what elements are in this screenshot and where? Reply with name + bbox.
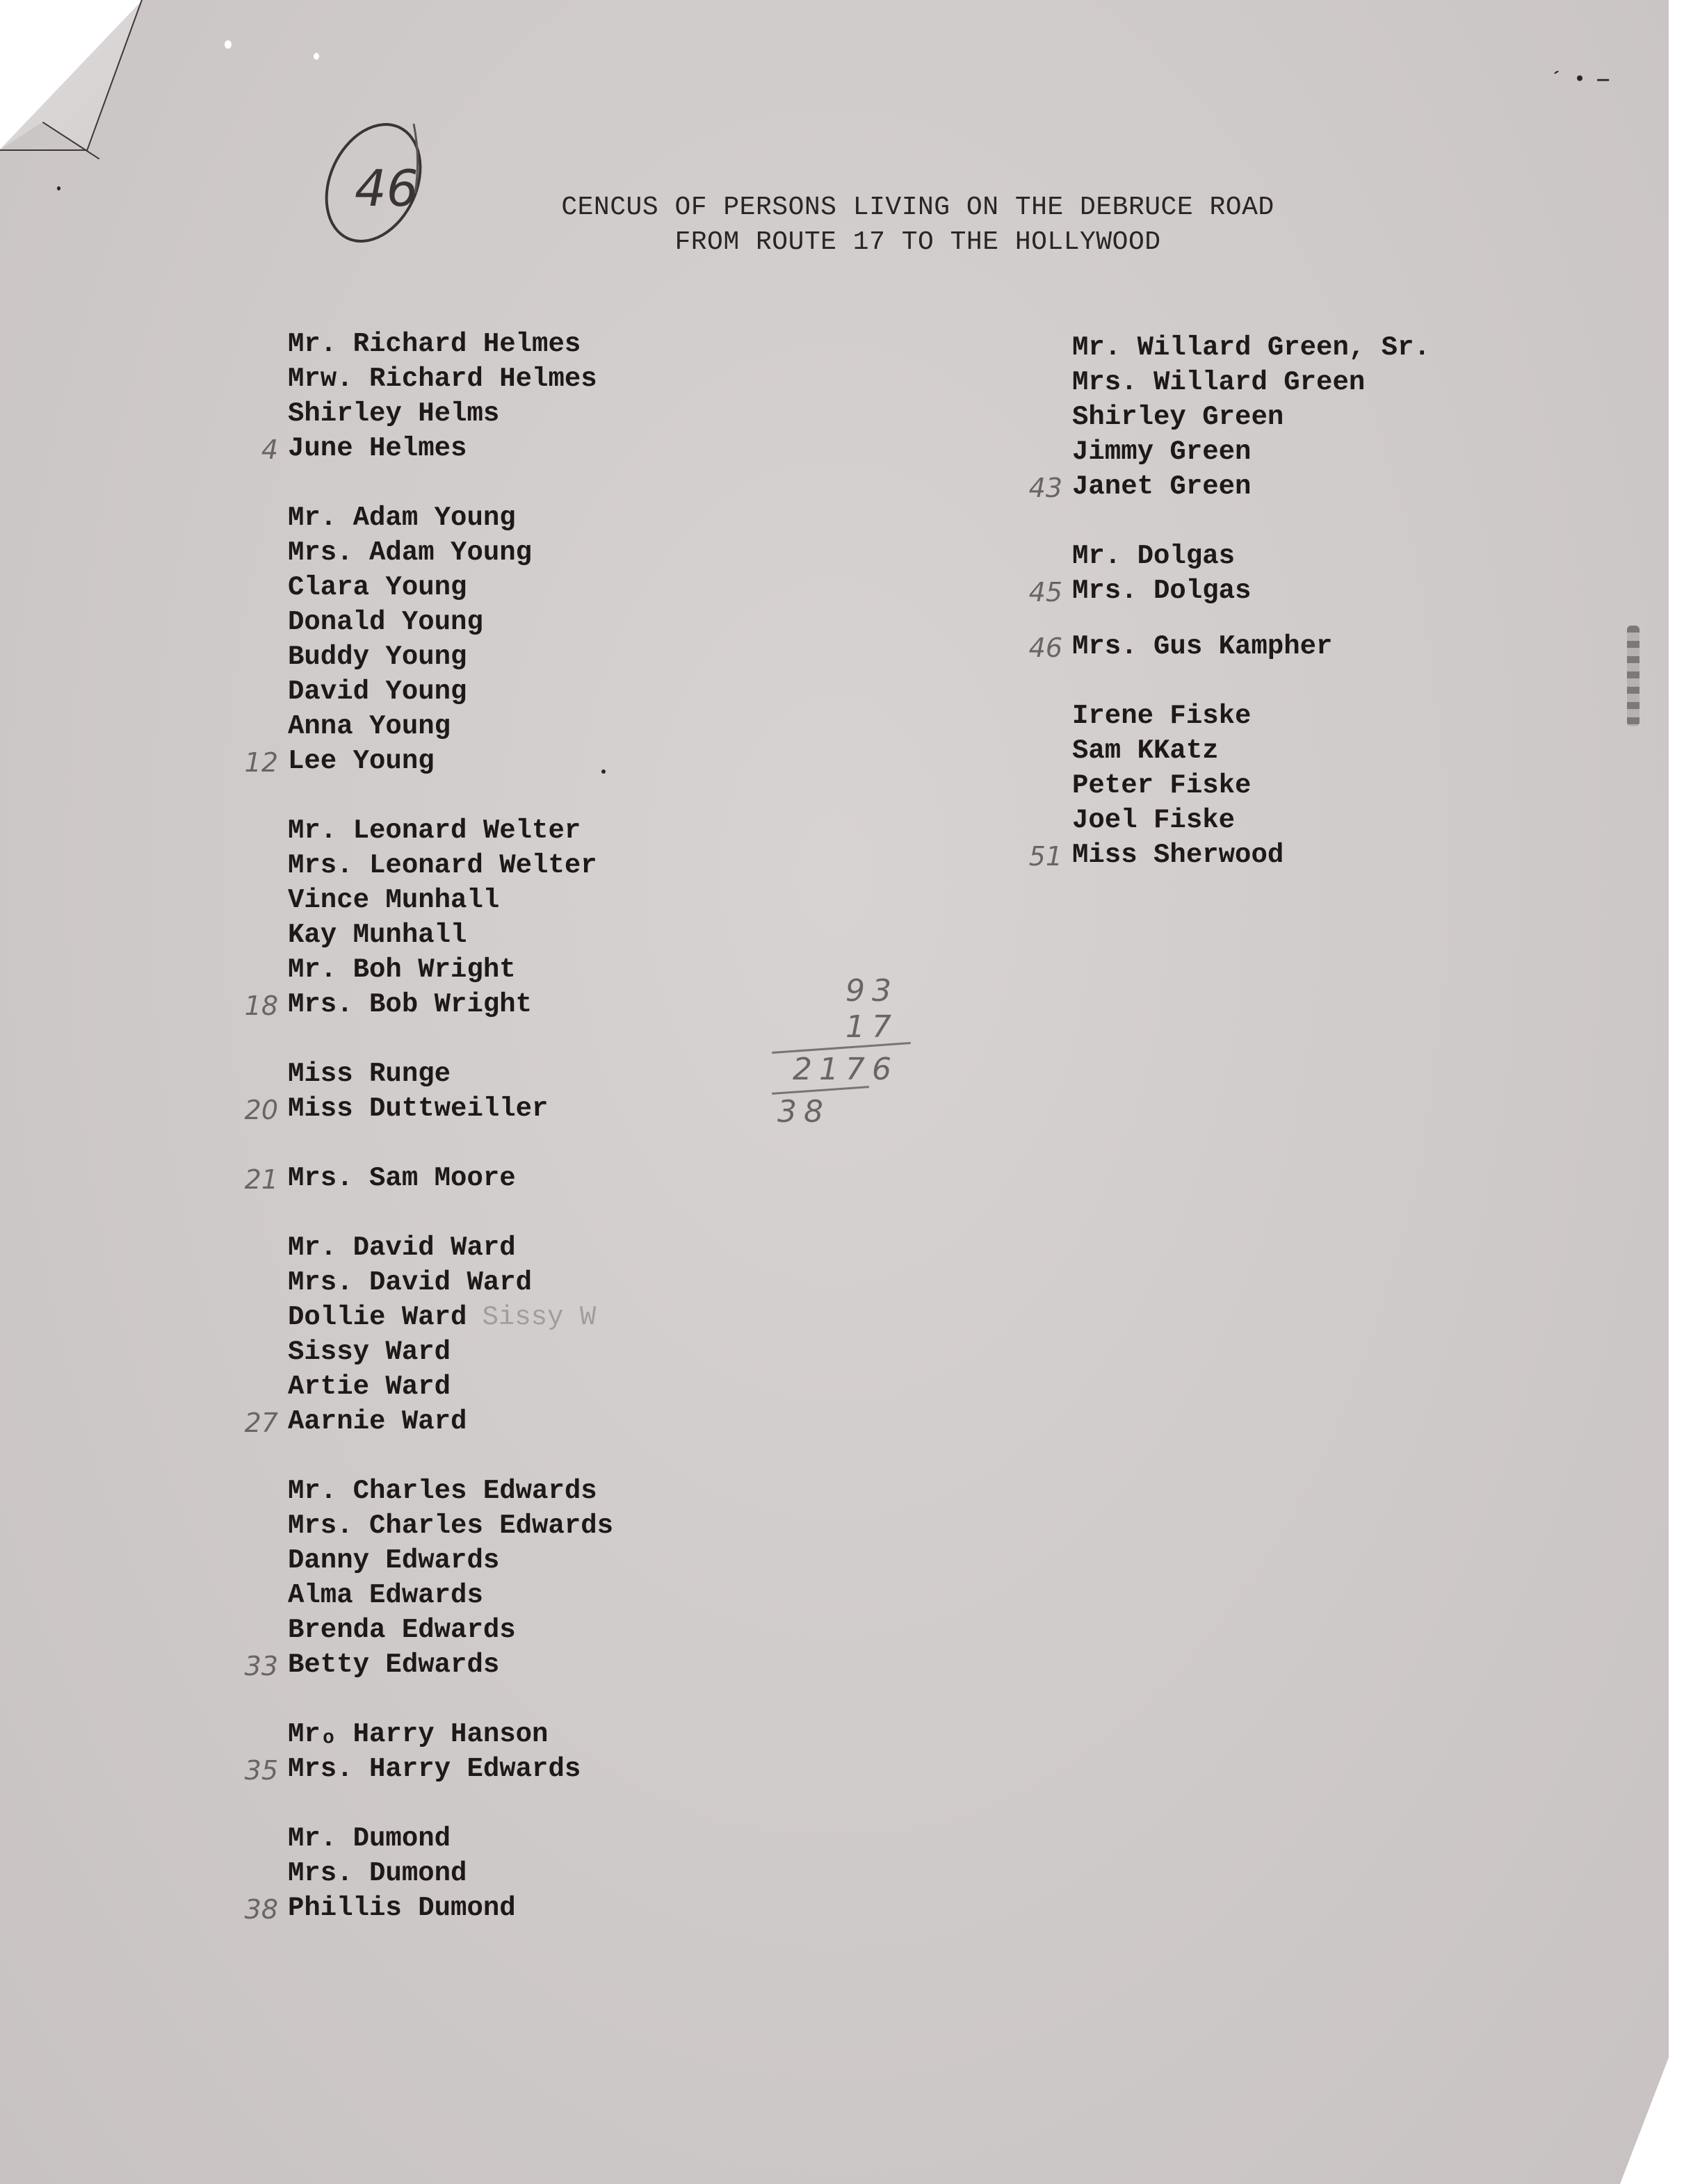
pencil-tally: 46 xyxy=(1029,630,1062,665)
household-group: Mr. David WardMrs. David WardDollie Ward… xyxy=(288,1230,613,1439)
faint-overtyped-text: Sissy W xyxy=(482,1302,596,1333)
resident-name-text: Mrw. Richard Helmes xyxy=(288,364,597,394)
resident-name: Alma Edwards xyxy=(288,1578,613,1613)
household-group: Mr. DumondMrs. DumondPhillis Dumond38 xyxy=(288,1821,613,1925)
resident-name: Mr. Charles Edwards xyxy=(288,1474,613,1508)
resident-name: Lee Young12 xyxy=(288,744,613,779)
resident-name: June Helmes4 xyxy=(288,431,613,466)
resident-name: Mr. Boh Wright xyxy=(288,952,613,987)
resident-name-text: Mrₒ Harry Hanson xyxy=(288,1719,548,1750)
resident-name-text: Buddy Young xyxy=(288,642,467,672)
household-group: Mrₒ Harry HansonMrs. Harry Edwards35 xyxy=(288,1717,613,1786)
household-group: Irene FiskeSam KKatzPeter FiskeJoel Fisk… xyxy=(1072,699,1430,872)
resident-name: Buddy Young xyxy=(288,639,613,674)
resident-name: Brenda Edwards xyxy=(288,1613,613,1647)
calc-line-2: 17 xyxy=(772,1009,911,1045)
page-number-circled: 46 xyxy=(316,117,442,249)
household-group: Mr. Richard HelmesMrw. Richard HelmesShi… xyxy=(288,327,613,466)
resident-name: Janet Green43 xyxy=(1072,469,1430,504)
resident-name-text: Clara Young xyxy=(288,572,467,603)
household-group: Mr. DolgasMrs. Dolgas45 xyxy=(1072,539,1430,608)
resident-name-text: Vince Munhall xyxy=(288,885,499,915)
resident-name-text: Mrs. Adam Young xyxy=(288,537,532,568)
pencil-tally: 21 xyxy=(245,1162,278,1197)
resident-name: Sissy Ward xyxy=(288,1335,613,1369)
resident-name: Danny Edwards xyxy=(288,1543,613,1578)
resident-name-text: Anna Young xyxy=(288,711,451,742)
resident-name-text: Mrs. David Ward xyxy=(288,1267,532,1298)
pencil-tally: 51 xyxy=(1029,839,1062,874)
title-line-2: FROM ROUTE 17 TO THE HOLLYWOOD xyxy=(528,225,1307,260)
resident-name-text: Miss Sherwood xyxy=(1072,840,1284,870)
resident-name: Mr. David Ward xyxy=(288,1230,613,1265)
resident-name-text: Betty Edwards xyxy=(288,1649,499,1680)
document-title: CENCUS OF PERSONS LIVING ON THE DEBRUCE … xyxy=(528,190,1307,260)
resident-name: Mrs. Gus Kampher46 xyxy=(1072,629,1430,664)
resident-name: Sam KKatz xyxy=(1072,733,1430,768)
resident-name-text: Jimmy Green xyxy=(1072,437,1251,467)
resident-name-text: Sissy Ward xyxy=(288,1337,451,1367)
resident-name-text: Mrs. Dolgas xyxy=(1072,576,1251,606)
resident-name: Mrs. Dumond xyxy=(288,1856,613,1891)
resident-name-text: Danny Edwards xyxy=(288,1545,499,1576)
fold-crease xyxy=(0,149,87,151)
household-group: Mrs. Sam Moore21 xyxy=(288,1161,613,1196)
resident-name-text: Dollie Ward xyxy=(288,1302,467,1333)
resident-name-text: Miss Duttweiller xyxy=(288,1093,548,1124)
resident-name: David Young xyxy=(288,674,613,709)
resident-name-text: Aarnie Ward xyxy=(288,1406,467,1437)
resident-name: Peter Fiske xyxy=(1072,768,1430,803)
resident-name-text: Mr. Adam Young xyxy=(288,503,516,533)
resident-name: Mrs. Bob Wright18 xyxy=(288,987,613,1022)
resident-name-text: Lee Young xyxy=(288,746,435,776)
resident-name-text: Mrs. Bob Wright xyxy=(288,989,532,1020)
svg-text:46: 46 xyxy=(355,159,419,218)
resident-name: Clara Young xyxy=(288,570,613,605)
resident-name: Mrs. Dolgas45 xyxy=(1072,573,1430,608)
resident-name: Mrs. Willard Green xyxy=(1072,365,1430,400)
resident-name: Mrs. Harry Edwards35 xyxy=(288,1752,613,1786)
resident-name-text: Mrs. Charles Edwards xyxy=(288,1510,613,1541)
resident-name: Mrw. Richard Helmes xyxy=(288,361,613,396)
pencil-tally: 33 xyxy=(245,1649,278,1684)
resident-name: Mr. Adam Young xyxy=(288,500,613,535)
resident-name-text: Mr. Richard Helmes xyxy=(288,329,581,359)
household-group: Mr. Willard Green, Sr.Mrs. Willard Green… xyxy=(1072,330,1430,504)
resident-name: Miss Duttweiller20 xyxy=(288,1091,613,1126)
resident-name: Dollie WardSissy W xyxy=(288,1300,613,1335)
resident-name-text: Mr. Willard Green, Sr. xyxy=(1072,332,1430,363)
resident-name: Mr. Willard Green, Sr. xyxy=(1072,330,1430,365)
resident-name: Mr. Leonard Welter xyxy=(288,813,613,848)
title-line-1: CENCUS OF PERSONS LIVING ON THE DEBRUCE … xyxy=(528,190,1307,225)
left-name-column: Mr. Richard HelmesMrw. Richard HelmesShi… xyxy=(288,327,613,1960)
resident-name: Anna Young xyxy=(288,709,613,744)
pencil-tally: 27 xyxy=(245,1405,278,1440)
resident-name: Aarnie Ward27 xyxy=(288,1404,613,1439)
resident-name: Irene Fiske xyxy=(1072,699,1430,733)
calc-line-3: 2176 xyxy=(772,1052,911,1088)
resident-name: Mrs. Charles Edwards xyxy=(288,1508,613,1543)
pencil-tally: 12 xyxy=(245,745,278,780)
resident-name: Mrs. Leonard Welter xyxy=(288,848,613,883)
resident-name-text: Donald Young xyxy=(288,607,483,637)
resident-name: Phillis Dumond38 xyxy=(288,1891,613,1925)
resident-name: Donald Young xyxy=(288,605,613,639)
resident-name: Mrs. Sam Moore21 xyxy=(288,1161,613,1196)
resident-name: Jimmy Green xyxy=(1072,434,1430,469)
resident-name-text: Artie Ward xyxy=(288,1371,451,1402)
calc-line-1: 93 xyxy=(772,973,911,1009)
resident-name-text: Alma Edwards xyxy=(288,1580,483,1611)
resident-name: Mr. Dolgas xyxy=(1072,539,1430,573)
resident-name: Kay Munhall xyxy=(288,918,613,952)
punch-hole xyxy=(225,40,232,49)
calc-line-4: 38 xyxy=(772,1094,911,1130)
resident-name: Mr. Richard Helmes xyxy=(288,327,613,361)
household-group: Mrs. Gus Kampher46 xyxy=(1072,629,1430,664)
resident-name-text: Joel Fiske xyxy=(1072,805,1235,836)
resident-name-text: Mrs. Harry Edwards xyxy=(288,1754,581,1784)
household-group: Mr. Leonard WelterMrs. Leonard WelterVin… xyxy=(288,813,613,1022)
margin-marks: ´ • — xyxy=(1551,70,1609,91)
resident-name-text: June Helmes xyxy=(288,433,467,464)
resident-name-text: Mrs. Willard Green xyxy=(1072,367,1365,398)
household-group: Miss RungeMiss Duttweiller20 xyxy=(288,1057,613,1126)
resident-name-text: David Young xyxy=(288,676,467,707)
pencil-tally: 35 xyxy=(245,1753,278,1788)
resident-name-text: Sam KKatz xyxy=(1072,735,1219,766)
resident-name-text: Mrs. Sam Moore xyxy=(288,1163,516,1193)
resident-name: Miss Runge xyxy=(288,1057,613,1091)
pencil-tally: 18 xyxy=(245,988,278,1023)
resident-name-text: Irene Fiske xyxy=(1072,701,1251,731)
punch-hole xyxy=(314,53,319,60)
resident-name-text: Mr. David Ward xyxy=(288,1232,516,1263)
resident-name-text: Mrs. Dumond xyxy=(288,1858,467,1889)
resident-name-text: Mr. Charles Edwards xyxy=(288,1476,597,1506)
resident-name: Mrs. David Ward xyxy=(288,1265,613,1300)
resident-name-text: Janet Green xyxy=(1072,471,1251,502)
ink-smudge xyxy=(1627,626,1640,726)
household-group: Mr. Charles EdwardsMrs. Charles EdwardsD… xyxy=(288,1474,613,1682)
resident-name-text: Mr. Dumond xyxy=(288,1823,451,1854)
resident-name: Mrₒ Harry Hanson xyxy=(288,1717,613,1752)
resident-name: Betty Edwards33 xyxy=(288,1647,613,1682)
circled-number-icon: 46 xyxy=(316,117,442,249)
pencil-tally: 4 xyxy=(261,432,278,467)
ink-speck xyxy=(57,186,60,190)
pencil-tally: 45 xyxy=(1029,575,1062,610)
resident-name: Mr. Dumond xyxy=(288,1821,613,1856)
resident-name: Shirley Green xyxy=(1072,400,1430,434)
resident-name-text: Mr. Leonard Welter xyxy=(288,815,581,846)
resident-name: Miss Sherwood51 xyxy=(1072,838,1430,872)
resident-name: Shirley Helms xyxy=(288,396,613,431)
resident-name: Joel Fiske xyxy=(1072,803,1430,838)
resident-name-text: Peter Fiske xyxy=(1072,770,1251,801)
resident-name-text: Brenda Edwards xyxy=(288,1615,516,1645)
resident-name-text: Mrs. Gus Kampher xyxy=(1072,631,1332,662)
resident-name-text: Miss Runge xyxy=(288,1059,451,1089)
pencil-tally: 20 xyxy=(245,1093,278,1127)
resident-name-text: Phillis Dumond xyxy=(288,1893,516,1923)
resident-name: Mrs. Adam Young xyxy=(288,535,613,570)
resident-name-text: Mr. Boh Wright xyxy=(288,954,516,985)
resident-name: Vince Munhall xyxy=(288,883,613,918)
pencil-tally: 43 xyxy=(1029,471,1062,505)
household-group: Mr. Adam YoungMrs. Adam YoungClara Young… xyxy=(288,500,613,779)
pencil-calculation: 93 17 2176 38 xyxy=(772,973,911,1130)
right-name-column: Mr. Willard Green, Sr.Mrs. Willard Green… xyxy=(1072,330,1430,907)
resident-name-text: Shirley Green xyxy=(1072,402,1284,432)
resident-name-text: Kay Munhall xyxy=(288,920,467,950)
resident-name-text: Shirley Helms xyxy=(288,398,499,429)
pencil-tally: 38 xyxy=(245,1892,278,1927)
resident-name-text: Mr. Dolgas xyxy=(1072,541,1235,571)
resident-name: Artie Ward xyxy=(288,1369,613,1404)
resident-name-text: Mrs. Leonard Welter xyxy=(288,850,597,881)
